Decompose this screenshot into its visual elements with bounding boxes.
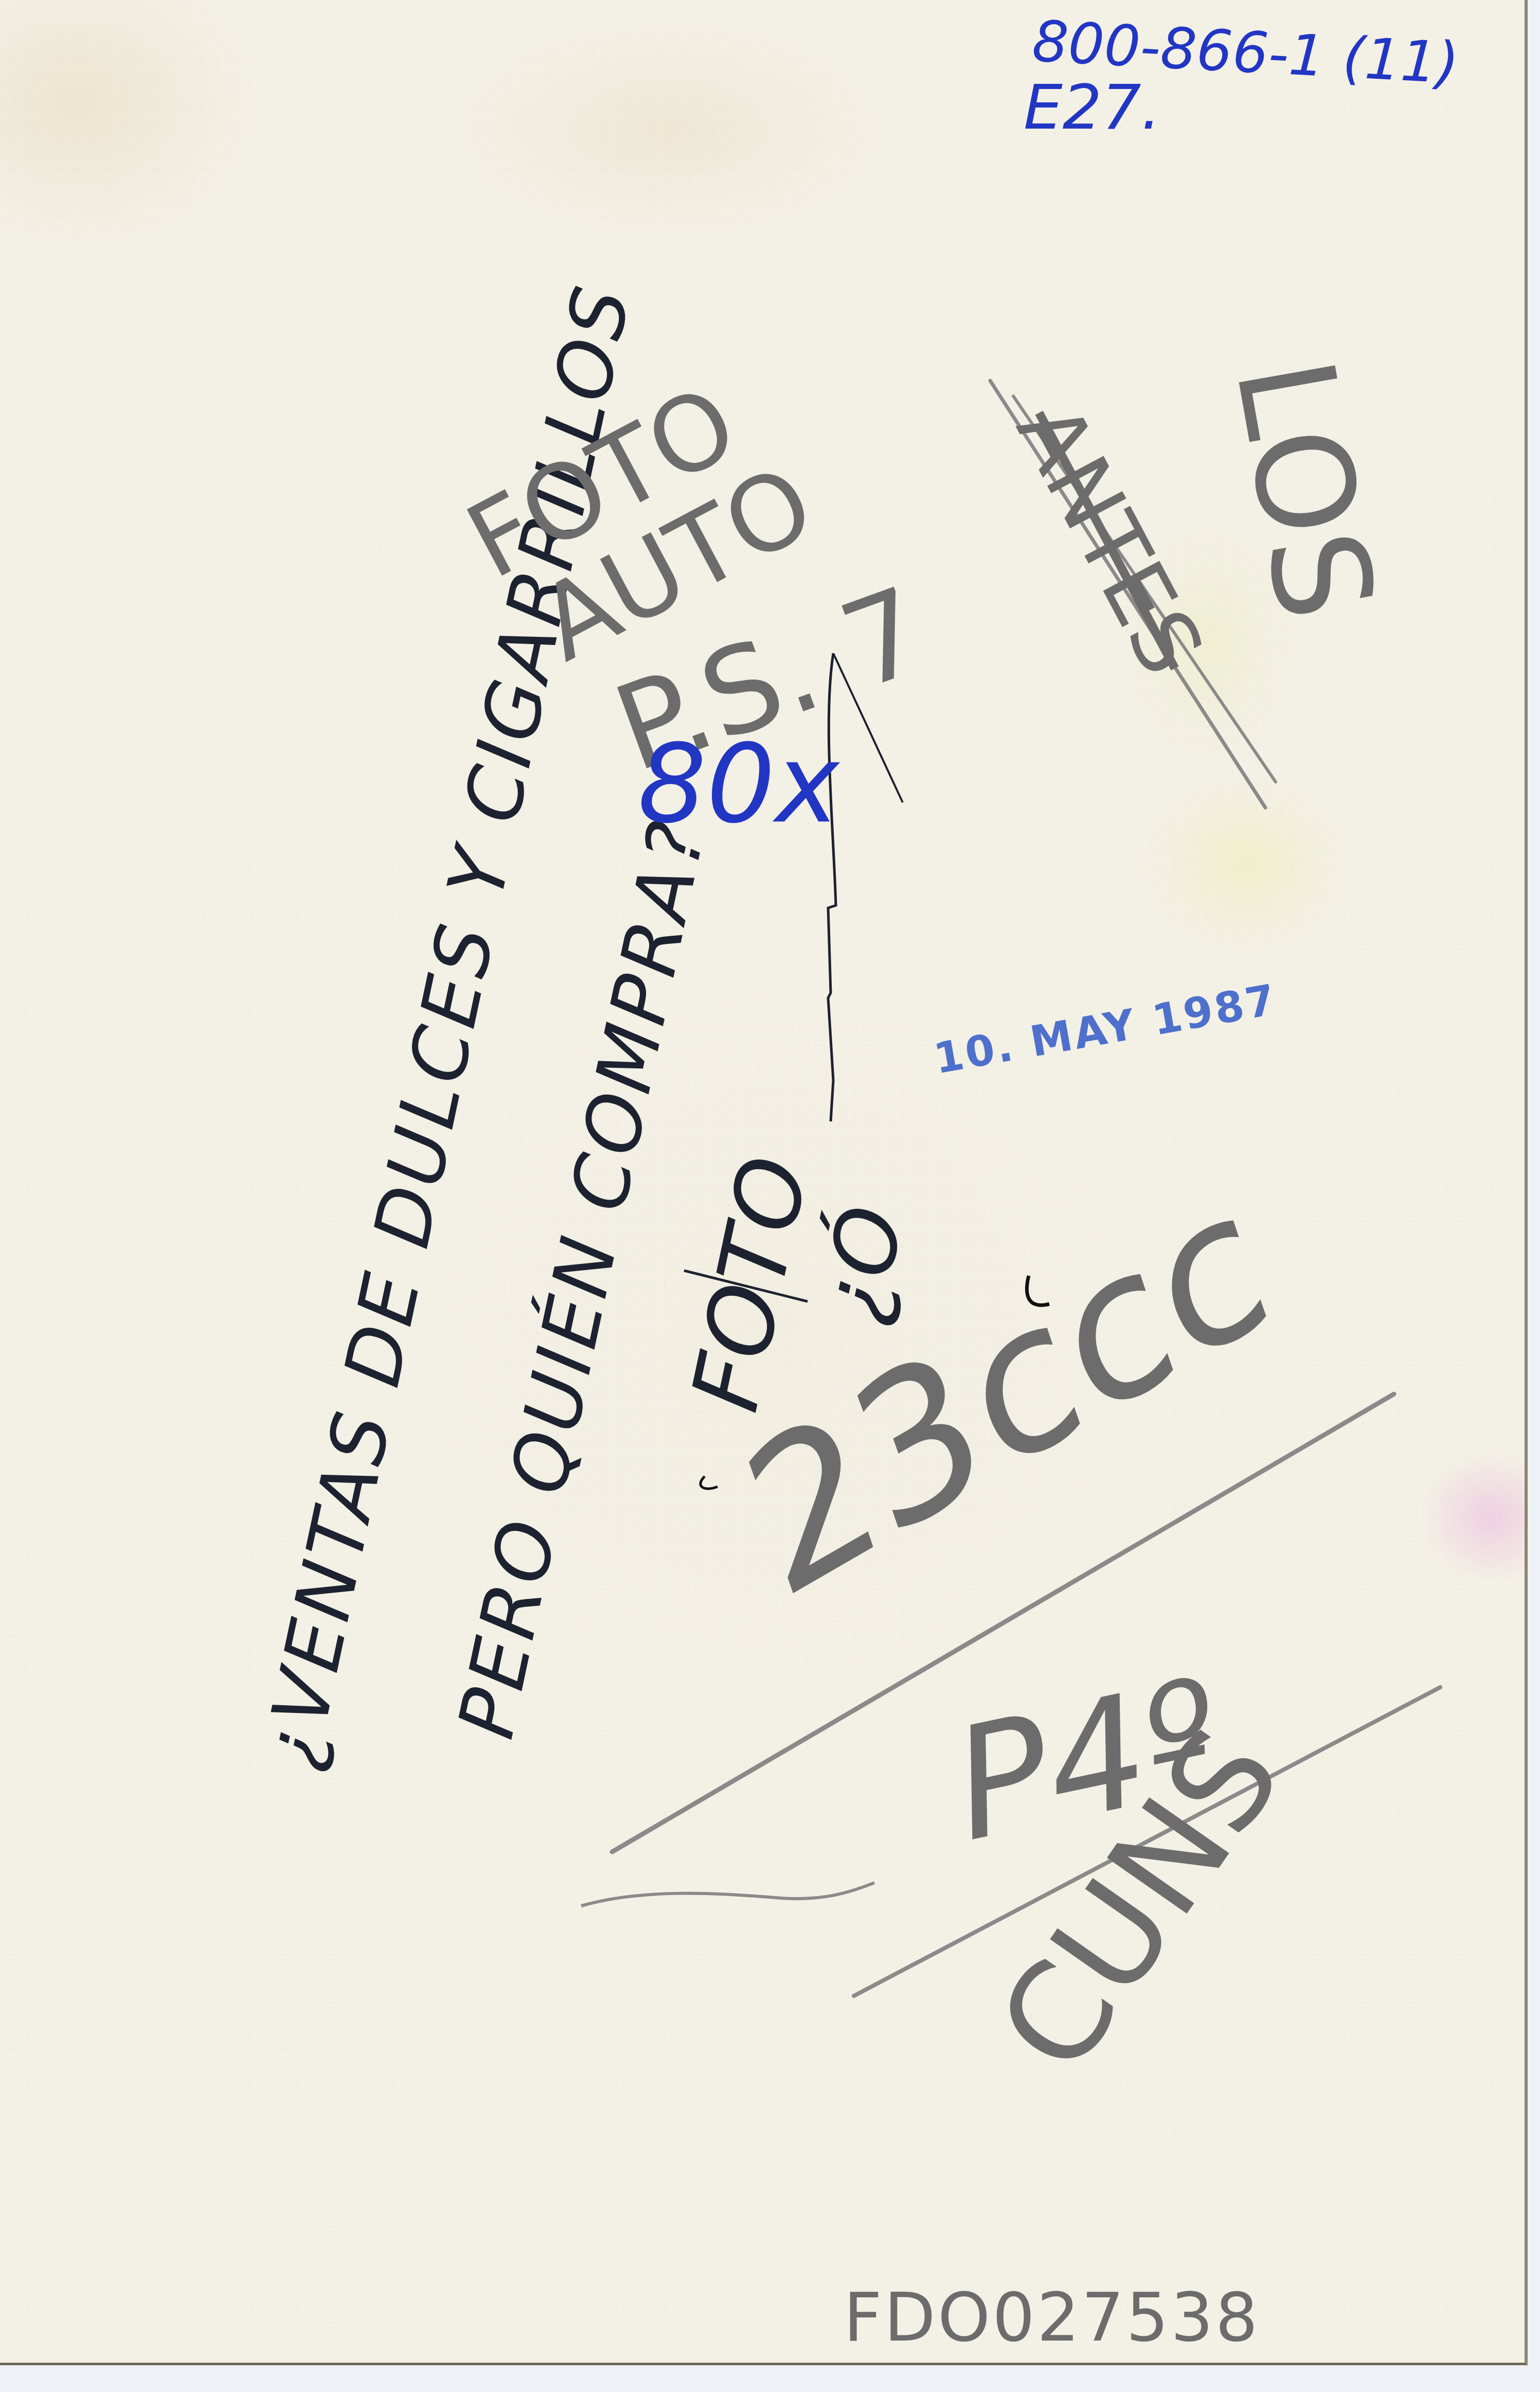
ink-foto: FOTO [679,1149,822,1418]
date-stamp: 10. MAY 1987 [931,979,1280,1081]
pencil-side-antes: ANTES [1003,391,1216,688]
pencil-side-los: LOS [1216,350,1393,629]
ink-o: ¿Ó [808,1199,917,1330]
reference-sub: E27. [1024,77,1161,139]
photo-card-back: 800-866-1 (11) E27. ¿VENTAS DE DULCES Y … [0,0,1528,2365]
catalog-number: FDO027538 [844,2284,1260,2351]
blue-mark-80x: 80x [638,730,839,838]
